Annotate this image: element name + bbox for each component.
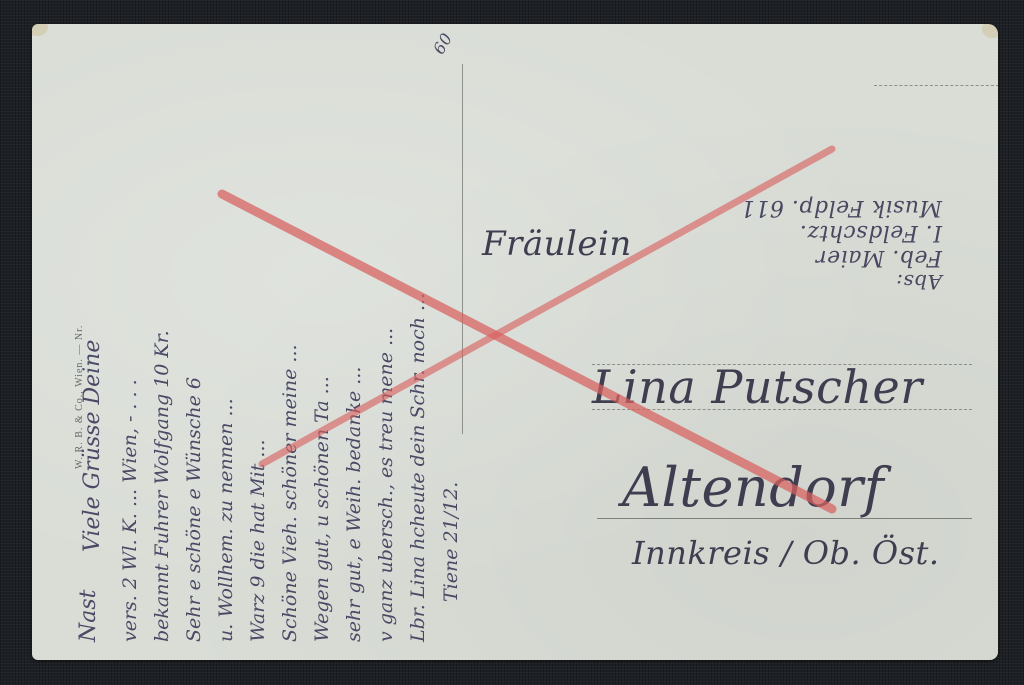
sender-block: Abs: Feb. Maier I. Feldschtz. Musik Feld… [642,144,942,294]
recipient-name: Lina Putscher [592,360,923,414]
stamp-area-line [874,85,998,86]
handwritten-message: Tiene 21/12. Lbr. Lina hcheute dein Schr… [62,32,472,642]
address-line [592,409,972,410]
corner-wear [982,24,998,38]
sender-label: Abs: [642,270,942,294]
message-line: u. Wollhem. zu nennen ... [215,398,237,642]
message-closing: Viele Grüsse Deine [80,340,105,552]
message-line: sehr gut, e Weih. bedanke ... [343,367,365,642]
message-line: v ganz ubersch., es treu mene ... [375,328,397,642]
message-line: vers. 2 Wl. K. ... Wien, - . . . [119,379,141,642]
postcard: 60 W. R. B. & Co., Wien. — Nr. Tiene 21/… [32,24,998,660]
message-line: Schöne Vieh. schöner meine ... [279,344,301,642]
recipient-region: Innkreis / Ob. Öst. [632,534,940,572]
corner-wear [32,24,48,36]
message-line: bekannt Fuhrer Wolfgang 10 Kr. [151,330,173,642]
message-line: Wegen gut, u schönen Ta ... [311,376,333,642]
message-date: Tiene 21/12. [440,482,462,602]
message-line: Sehr e schöne e Wünsche 6 [183,377,205,642]
sender-line: I. Feldschtz. [642,220,942,245]
sender-line: Musik Feldp. 611 [642,195,942,220]
sender-line: Feb. Maier [642,245,942,270]
recipient-town: Altendorf [622,456,884,519]
message-line: Warz 9 die hat Mit ... [247,439,269,642]
address-line-underline [597,518,972,519]
recipient-salutation: Fräulein [482,224,632,264]
message-signature: Nast [76,590,101,643]
message-line: Lbr. Lina hcheute dein Schr. noch ... [407,293,429,642]
